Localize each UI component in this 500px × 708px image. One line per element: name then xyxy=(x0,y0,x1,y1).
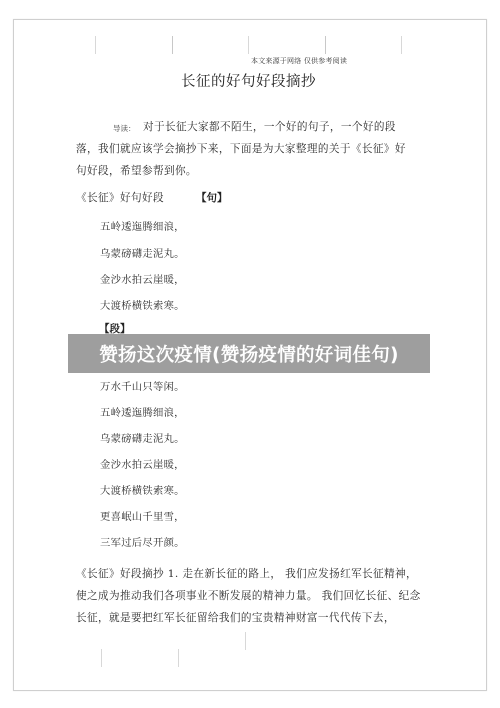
intro-line: 对于长征大家都不陌生，一个好的句子，一个好的段 xyxy=(143,119,396,134)
excerpt-line: 使之成为推动我们各项事业不断发展的精神力量。 我们回忆长征、纪念 xyxy=(76,588,421,603)
poem-line: 万水千山只等闲。 xyxy=(100,378,185,393)
intro-line: 落，我们就应该学会摘抄下来，下面是为大家整理的关于《长征》好 xyxy=(76,141,406,156)
intro-line: 句好段，希望参帮到你。 xyxy=(76,163,197,178)
header-tick xyxy=(172,36,173,54)
source-note: 本文来源于网络 仅供参考阅读 xyxy=(251,56,347,66)
poem-line: 金沙水拍云崖暖， xyxy=(100,456,185,471)
section-heading: 《长征》好句好段 xyxy=(76,190,164,205)
header-tick xyxy=(325,36,326,54)
poem-line: 乌蒙磅礴走泥丸。 xyxy=(100,245,185,260)
overlay-title: 赞扬这次疫情(赞扬疫情的好词佳句) xyxy=(99,341,399,367)
poem-line: 五岭逶迤腾细浪， xyxy=(100,404,185,419)
footer-tick xyxy=(178,649,179,667)
footer-tick xyxy=(101,649,102,667)
poem-line: 金沙水拍云崖暖， xyxy=(100,271,185,286)
poem-line: 大渡桥横铁索寒。 xyxy=(100,297,185,312)
header-tick xyxy=(401,36,402,54)
poem-line: 大渡桥横铁索寒。 xyxy=(100,482,185,497)
poem-line: 乌蒙磅礴走泥丸。 xyxy=(100,430,185,445)
poem-line: 更喜岷山千里雪， xyxy=(100,508,185,523)
intro-label: 导读： xyxy=(113,123,136,134)
excerpt-line: 长征，就是要把红军长征留给我们的宝贵精神财富一代代传下去， xyxy=(76,610,395,625)
header-tick xyxy=(248,36,249,54)
poem-line: 五岭逶迤腾细浪， xyxy=(100,218,185,233)
title-overlay-banner: 赞扬这次疫情(赞扬疫情的好词佳句) xyxy=(68,334,430,373)
header-tick xyxy=(95,36,96,54)
footer-tick xyxy=(245,632,246,650)
excerpt-line: 《长征》好段摘抄 1. 走在新长征的路上， 我们应发扬红军长征精神， xyxy=(76,566,417,581)
document-title: 长征的好句好段摘抄 xyxy=(181,70,316,91)
section-tag-sentence: 【句】 xyxy=(196,190,228,205)
poem-line: 三军过后尽开颜。 xyxy=(100,534,185,549)
